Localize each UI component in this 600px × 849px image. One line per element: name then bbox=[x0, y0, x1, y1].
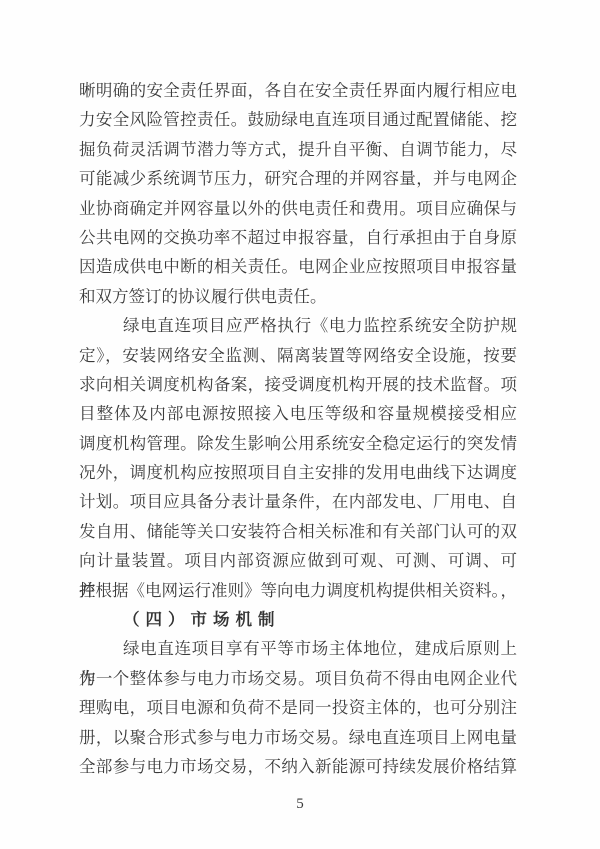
text-line: 可能减少系统调节压力，研究合理的并网容量，并与电网企 bbox=[79, 164, 517, 193]
text-line: 目整体及内部电源按照接入电压等级和容量规模接受相应 bbox=[79, 399, 517, 428]
text-line: 调度机构管理。除发生影响公用系统安全稳定运行的突发情 bbox=[79, 429, 517, 458]
page-number: 5 bbox=[0, 794, 600, 814]
section-heading: （四）市场机制 bbox=[79, 605, 517, 634]
text-line: 业协商确定并网容量以外的供电责任和费用。项目应确保与 bbox=[79, 194, 517, 223]
text-line: 掘负荷灵活调节潜力等方式，提升自平衡、自调节能力，尽 bbox=[79, 135, 517, 164]
text-line: 全部参与电力市场交易，不纳入新能源可持续发展价格结算 bbox=[79, 752, 517, 781]
document-page: 晰明确的安全责任界面，各自在安全责任界面内履行相应电 力安全风险管控责任。鼓励绿… bbox=[0, 0, 600, 849]
text-line: 况外，调度机构应按照项目自主安排的发用电曲线下达调度 bbox=[79, 458, 517, 487]
text-line-paragraph-start: 绿电直连项目享有平等市场主体地位，建成后原则上作 bbox=[79, 634, 517, 663]
text-line: 向计量装置。项目内部资源应做到可观、可测、可调、可控， bbox=[79, 546, 517, 575]
text-line-paragraph-end: 并根据《电网运行准则》等向电力调度机构提供相关资料。 bbox=[79, 576, 517, 605]
text-line: 因造成供电中断的相关责任。电网企业应按照项目申报容量 bbox=[79, 252, 517, 281]
text-line: 册，以聚合形式参与电力市场交易。绿电直连项目上网电量 bbox=[79, 723, 517, 752]
text-line: 为一个整体参与电力市场交易。项目负荷不得由电网企业代 bbox=[79, 664, 517, 693]
text-line-paragraph-end: 和双方签订的协议履行供电责任。 bbox=[79, 282, 517, 311]
text-line-paragraph-start: 绿电直连项目应严格执行《电力监控系统安全防护规 bbox=[79, 311, 517, 340]
text-line: 力安全风险管控责任。鼓励绿电直连项目通过配置储能、挖 bbox=[79, 105, 517, 134]
text-line: 定》，安装网络安全监测、隔离装置等网络安全设施，按要 bbox=[79, 341, 517, 370]
text-line: 晰明确的安全责任界面，各自在安全责任界面内履行相应电 bbox=[79, 76, 517, 105]
text-line: 公共电网的交换功率不超过申报容量，自行承担由于自身原 bbox=[79, 223, 517, 252]
document-body: 晰明确的安全责任界面，各自在安全责任界面内履行相应电 力安全风险管控责任。鼓励绿… bbox=[79, 76, 517, 781]
text-line: 计划。项目应具备分表计量条件，在内部发电、厂用电、自 bbox=[79, 487, 517, 516]
text-line: 求向相关调度机构备案，接受调度机构开展的技术监督。项 bbox=[79, 370, 517, 399]
text-line: 发自用、储能等关口安装符合相关标准和有关部门认可的双 bbox=[79, 517, 517, 546]
text-line: 理购电，项目电源和负荷不是同一投资主体的，也可分别注 bbox=[79, 693, 517, 722]
